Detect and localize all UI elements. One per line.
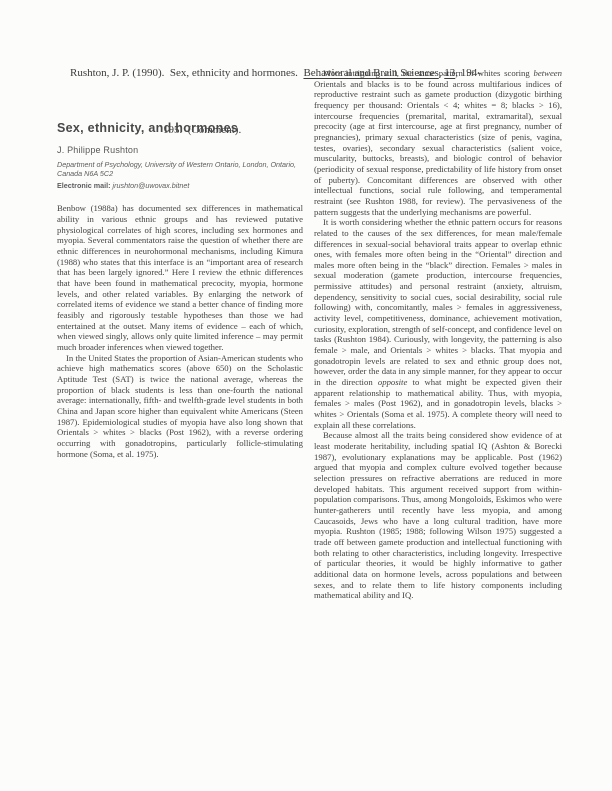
right-column: More intriguing still, the same pattern … (314, 68, 562, 601)
author-email: Electronic mail: jrushton@uwovax.bitnet (57, 181, 303, 190)
left-column: Sex, ethnicity, and hormones J. Philippe… (57, 121, 303, 459)
author-affiliation: Department of Psychology, University of … (57, 160, 303, 178)
author-name: J. Philippe Rushton (57, 145, 303, 155)
paragraph-benbow-review: Benbow (1988a) has documented sex differ… (57, 203, 303, 352)
paragraph-sex-differences: It is worth considering whether the ethn… (314, 217, 562, 430)
paragraph-heritability-evolution: Because almost all the traits being cons… (314, 430, 562, 601)
scanned-paper-page: Rushton, J. P. (1990). Sex, ethnicity an… (0, 0, 612, 791)
article-title: Sex, ethnicity, and hormones (57, 121, 303, 135)
paragraph-reproductive-pattern: More intriguing still, the same pattern … (314, 68, 562, 217)
paragraph-us-sat-myopia: In the United States the proportion of A… (57, 353, 303, 460)
